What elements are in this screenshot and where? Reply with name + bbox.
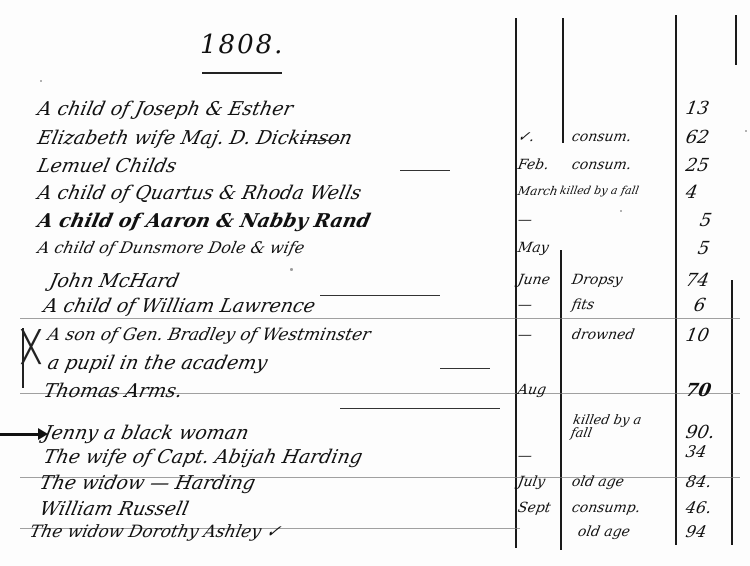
entry-cause: old age xyxy=(577,524,632,540)
entry-age: 5 xyxy=(698,210,713,231)
scan-speck xyxy=(290,268,293,271)
entry-month: Aug xyxy=(517,382,548,398)
register-entry: The widow — Harding July old age 84. xyxy=(0,472,750,500)
scanned-register-page: 1808. ╳ A child of Joseph & Esther 13 El… xyxy=(0,0,750,566)
entry-age: 4 xyxy=(684,182,699,203)
entry-age: 6 xyxy=(692,295,707,316)
register-entry: A child of Joseph & Esther 13 xyxy=(0,98,750,126)
trailing-dash xyxy=(320,295,440,296)
register-entry: A child of William Lawrence — fits 6 xyxy=(0,295,750,323)
entry-cause: consump. xyxy=(571,500,642,516)
entry-month: May xyxy=(517,240,550,256)
entry-name: The widow — Harding xyxy=(38,472,258,494)
entry-cause: Dropsy xyxy=(571,272,624,288)
register-entry: Elizabeth wife Maj. D. Dickinson ✓. cons… xyxy=(0,127,750,155)
entry-name: A child of Dunsmore Dole & wife xyxy=(36,238,306,257)
entry-name: William Russell xyxy=(38,498,191,520)
entry-age: 74 xyxy=(684,270,711,291)
entry-month: Sept xyxy=(517,500,552,516)
entry-name-continuation: a pupil in the academy xyxy=(46,352,270,374)
entry-month: — xyxy=(517,327,534,343)
scan-speck xyxy=(40,80,42,82)
year-heading-underline xyxy=(202,72,282,74)
entry-name: A son of Gen. Bradley of Westminster xyxy=(46,325,373,345)
register-entry: A child of Aaron & Nabby Rand — 5 xyxy=(0,210,750,238)
entry-age: 94 xyxy=(684,522,708,541)
entry-age: 10 xyxy=(684,325,711,346)
entry-age: 62 xyxy=(684,127,711,148)
register-entry: John McHard June Dropsy 74 xyxy=(0,270,750,298)
entry-month: — xyxy=(517,212,534,228)
entry-age: 13 xyxy=(684,98,711,119)
entry-age: 70 xyxy=(684,380,713,401)
register-entry: The wife of Capt. Abijah Harding — 34 xyxy=(0,446,750,474)
entry-name: The widow Dorothy Ashley ✓ xyxy=(28,522,283,542)
entry-month: ✓. xyxy=(517,129,536,145)
entry-name: A child of Aaron & Nabby Rand xyxy=(36,210,373,232)
entry-cause: consum. xyxy=(571,129,633,145)
entry-name: Thomas Arms. xyxy=(42,380,185,402)
entry-name: A child of Quartus & Rhoda Wells xyxy=(36,182,364,204)
entry-cause: drowned xyxy=(571,327,636,343)
register-entry: Thomas Arms. Aug 70 xyxy=(0,380,750,408)
entry-name: A child of William Lawrence xyxy=(42,295,318,317)
register-entry: A child of Quartus & Rhoda Wells March k… xyxy=(0,182,750,210)
year-heading: 1808. xyxy=(200,30,284,60)
entry-month: June xyxy=(517,272,552,288)
entry-name: Lemuel Childs xyxy=(36,155,179,177)
entry-cause: old age xyxy=(571,474,626,490)
register-entry: The widow Dorothy Ashley ✓ old age 94 xyxy=(0,522,750,550)
entry-age: 46. xyxy=(684,498,713,517)
entry-cause: killed by a fall xyxy=(559,184,640,197)
entry-month: — xyxy=(517,297,534,313)
entry-name: Elizabeth wife Maj. D. Dickinson xyxy=(36,127,355,149)
entry-cause: fits xyxy=(571,297,596,313)
entry-cause: killed by a fall xyxy=(570,414,665,440)
register-entry: A child of Dunsmore Dole & wife May 5 xyxy=(0,238,750,266)
entry-name: A child of Joseph & Esther xyxy=(36,98,295,120)
entry-name: John McHard xyxy=(48,270,181,292)
entry-age: 90. xyxy=(684,422,716,443)
register-entry: Lemuel Childs Feb. consum. 25 xyxy=(0,155,750,183)
entry-name: Jenny a black woman xyxy=(42,422,251,444)
entry-age: 84. xyxy=(684,472,713,491)
scan-speck xyxy=(620,210,622,212)
entry-age: 25 xyxy=(684,155,711,176)
register-entry: A son of Gen. Bradley of Westminster — d… xyxy=(0,325,750,353)
trailing-dash xyxy=(440,368,490,369)
trailing-dash xyxy=(300,140,340,141)
entry-age: 34 xyxy=(684,442,708,461)
entry-month: March xyxy=(517,184,559,198)
entry-age: 5 xyxy=(696,238,711,259)
column-rule-age-right xyxy=(735,15,737,65)
entry-month: — xyxy=(517,448,534,464)
entry-name: The wife of Capt. Abijah Harding xyxy=(42,446,365,468)
scan-speck xyxy=(745,130,747,132)
entry-month: July xyxy=(517,474,547,490)
trailing-dash xyxy=(340,408,500,409)
entry-month: Feb. xyxy=(517,157,550,173)
trailing-dash xyxy=(400,170,450,171)
entry-cause: consum. xyxy=(571,157,633,173)
